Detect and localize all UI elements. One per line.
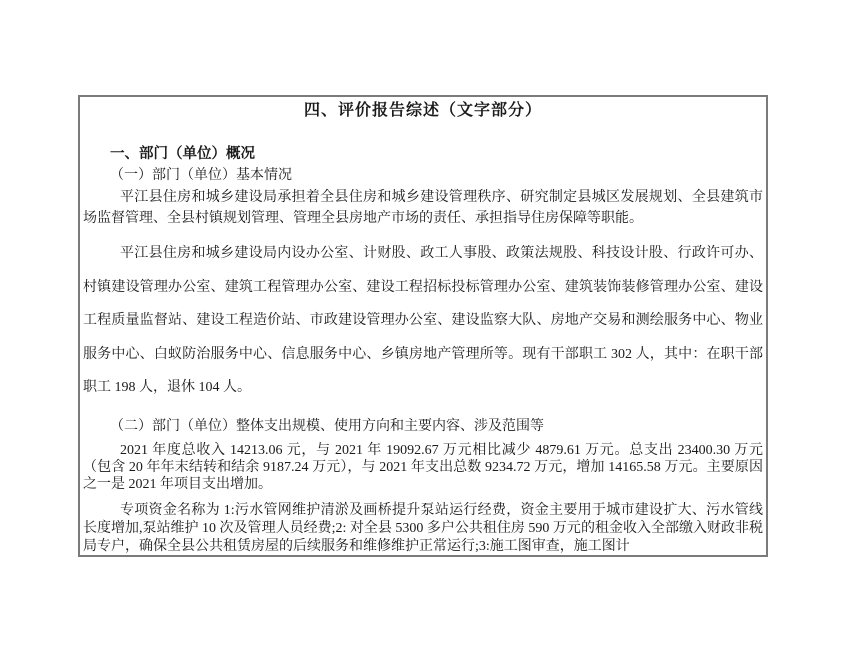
paragraph-duties: 平江县住房和城乡建设局承担着全县住房和城乡建设管理秩序、研究制定县城区发展规划、…: [83, 187, 763, 229]
paragraph-income-expenditure: 2021 年度总收入 14213.06 元，与 2021 年 19092.67 …: [83, 442, 763, 493]
subsection-heading-basic-info: （一）部门（单位）基本情况: [110, 166, 763, 185]
paragraph-special-funds: 专项资金名称为 1:污水管网维护清淤及画桥提升泵站运行经费，资金主要用于城市建设…: [83, 502, 763, 556]
section-heading-overview: 一、部门（单位）概况: [110, 145, 763, 164]
report-title: 四、评价报告综述（文字部分）: [83, 101, 763, 121]
subsection-heading-expenditure: （二）部门（单位）整体支出规模、使用方向和主要内容、涉及范围等: [110, 417, 763, 436]
report-box: 四、评价报告综述（文字部分） 一、部门（单位）概况 （一）部门（单位）基本情况 …: [78, 95, 768, 557]
paragraph-internal-offices: 平江县住房和城乡建设局内设办公室、计财股、政工人事股、政策法规股、科技设计股、行…: [83, 237, 763, 405]
